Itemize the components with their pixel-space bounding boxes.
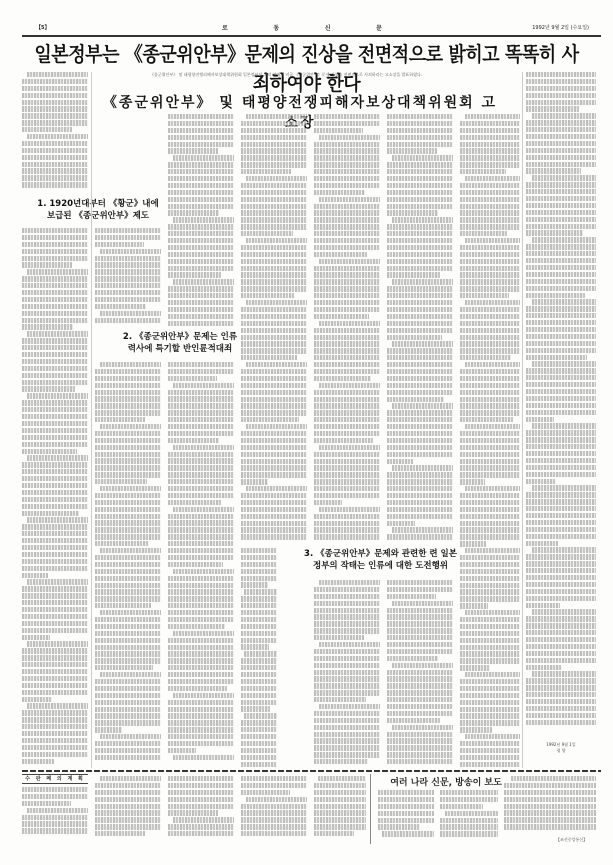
text-line xyxy=(387,472,453,477)
text-line xyxy=(241,741,277,746)
text-line xyxy=(22,79,88,84)
text-line xyxy=(241,259,307,264)
text-line xyxy=(440,797,498,802)
text-line xyxy=(526,258,596,263)
text-line xyxy=(22,676,88,681)
text-line xyxy=(387,759,453,764)
text-line xyxy=(22,593,88,598)
text-line xyxy=(526,224,596,229)
text-line xyxy=(387,176,453,181)
text-line xyxy=(314,286,380,291)
text-line xyxy=(387,507,453,512)
text-line xyxy=(387,459,413,464)
text-line xyxy=(168,479,234,484)
text-line xyxy=(168,707,234,712)
text-line xyxy=(460,383,520,388)
text-line xyxy=(241,706,270,711)
text-line xyxy=(392,527,453,532)
body-column xyxy=(22,228,88,768)
text-line xyxy=(95,562,161,567)
text-line xyxy=(526,410,596,415)
text-line xyxy=(387,114,453,119)
text-line xyxy=(387,266,453,271)
body-column xyxy=(22,72,88,194)
text-line xyxy=(241,245,307,250)
text-line xyxy=(526,430,596,435)
text-line xyxy=(95,603,151,608)
text-line xyxy=(526,720,596,725)
text-line xyxy=(460,155,520,160)
text-line xyxy=(168,797,234,802)
page-number: 【5】 xyxy=(36,24,49,31)
text-line xyxy=(22,586,88,591)
text-line xyxy=(460,686,520,691)
text-line xyxy=(241,266,307,271)
text-line xyxy=(465,424,520,429)
text-line xyxy=(460,651,520,656)
text-line xyxy=(241,438,307,443)
text-line xyxy=(460,314,520,319)
text-line xyxy=(526,630,596,635)
text-line xyxy=(504,817,596,822)
text-line xyxy=(168,804,234,809)
text-line xyxy=(387,521,415,526)
text-line xyxy=(168,114,234,119)
text-line xyxy=(168,713,234,718)
text-line xyxy=(95,534,161,539)
text-line xyxy=(95,403,161,408)
text-line xyxy=(22,359,88,364)
text-line xyxy=(526,465,596,470)
text-line xyxy=(95,720,161,725)
text-line xyxy=(314,534,380,539)
text-line xyxy=(387,608,453,613)
text-line xyxy=(22,428,88,433)
paper-name-char: 문 xyxy=(376,23,382,32)
text-line xyxy=(95,318,161,323)
text-line xyxy=(314,804,366,809)
text-line xyxy=(241,142,307,147)
text-line xyxy=(168,128,234,133)
text-line xyxy=(168,672,234,677)
text-line xyxy=(27,331,88,336)
text-line xyxy=(526,561,596,566)
text-line xyxy=(95,452,161,457)
text-line xyxy=(314,817,366,822)
text-line xyxy=(22,655,88,660)
text-line xyxy=(314,493,380,498)
text-line xyxy=(387,397,444,402)
text-line xyxy=(526,313,596,318)
section-title-line: 보급된 《종군위안부》제도 xyxy=(28,210,168,222)
text-line xyxy=(314,486,380,491)
text-line xyxy=(241,128,307,133)
text-line xyxy=(387,314,453,319)
text-line xyxy=(95,707,161,712)
text-line xyxy=(27,703,88,708)
text-line xyxy=(241,500,307,505)
text-line xyxy=(168,534,234,539)
text-line xyxy=(460,700,520,705)
text-line xyxy=(532,485,596,490)
text-line xyxy=(168,776,234,781)
text-line xyxy=(168,396,234,401)
news-credit: 【조선중앙통신】 xyxy=(556,837,587,843)
text-line xyxy=(387,500,453,505)
section-title-line: 정부의 작태는 인류에 대한 도전행위 xyxy=(283,560,478,572)
text-line xyxy=(27,269,88,274)
text-line xyxy=(526,134,596,139)
box-rule xyxy=(22,774,88,775)
text-line xyxy=(460,335,520,340)
text-line xyxy=(95,256,161,261)
text-line xyxy=(241,576,277,581)
text-line xyxy=(460,527,520,532)
text-line xyxy=(22,249,88,254)
text-line xyxy=(460,500,520,505)
text-line xyxy=(314,183,380,188)
text-line xyxy=(387,169,453,174)
text-line xyxy=(168,231,234,236)
text-line xyxy=(314,314,369,319)
text-line xyxy=(382,831,434,836)
text-line xyxy=(460,355,511,360)
text-line xyxy=(314,824,366,829)
text-line xyxy=(22,338,88,343)
text-line xyxy=(460,589,520,594)
text-line xyxy=(22,93,88,98)
text-line xyxy=(526,582,596,587)
text-line xyxy=(314,114,380,119)
text-line xyxy=(168,293,234,298)
text-line xyxy=(168,493,234,498)
text-line xyxy=(460,128,520,133)
text-line xyxy=(314,670,380,675)
text-line xyxy=(314,649,380,654)
bottom-news-title: 여러 나라 신문, 방송이 보도 xyxy=(376,775,516,788)
closing-place: 평 양 xyxy=(526,748,596,754)
text-line xyxy=(314,162,380,167)
text-line xyxy=(314,266,380,271)
text-line xyxy=(526,100,596,105)
text-line xyxy=(168,576,234,581)
text-line xyxy=(168,679,234,684)
text-line xyxy=(241,810,307,815)
text-line xyxy=(100,548,161,553)
text-line xyxy=(314,210,380,215)
text-line xyxy=(22,504,88,509)
text-line xyxy=(526,713,596,718)
text-line xyxy=(460,596,520,601)
text-line xyxy=(22,476,88,481)
text-line xyxy=(526,244,596,249)
text-line xyxy=(440,804,483,809)
text-line xyxy=(22,414,88,419)
text-line xyxy=(526,417,554,422)
text-line xyxy=(241,472,307,477)
text-line xyxy=(526,93,596,98)
text-line xyxy=(22,545,88,550)
text-line xyxy=(460,583,520,588)
text-line xyxy=(95,269,161,274)
text-line xyxy=(168,472,234,477)
text-line xyxy=(95,727,122,732)
text-line xyxy=(526,375,596,380)
text-line xyxy=(95,290,161,295)
body-column xyxy=(314,776,366,839)
text-line xyxy=(241,804,307,809)
text-line xyxy=(100,734,161,739)
text-line xyxy=(532,609,596,614)
text-line xyxy=(241,507,307,512)
text-line xyxy=(241,190,307,195)
text-line xyxy=(314,628,380,633)
text-line xyxy=(465,300,520,305)
text-line xyxy=(460,259,520,264)
text-line xyxy=(387,369,453,374)
text-line xyxy=(460,293,509,298)
text-line xyxy=(95,417,145,422)
text-line xyxy=(95,297,161,302)
text-line xyxy=(22,483,88,488)
text-line xyxy=(168,810,218,815)
body-column xyxy=(314,114,380,544)
text-line xyxy=(387,676,453,681)
text-line xyxy=(314,621,380,626)
text-line xyxy=(526,293,585,298)
text-line xyxy=(314,341,380,346)
text-line xyxy=(460,569,520,574)
text-line xyxy=(22,815,88,820)
text-line xyxy=(387,348,453,353)
body-column xyxy=(460,114,520,768)
text-line xyxy=(95,304,146,309)
text-line xyxy=(460,431,520,436)
text-line xyxy=(387,656,438,661)
text-line xyxy=(387,732,453,737)
text-line xyxy=(460,741,520,746)
text-line xyxy=(387,224,453,229)
text-line xyxy=(22,662,88,667)
text-line xyxy=(392,403,453,408)
text-line xyxy=(22,821,88,826)
text-line xyxy=(95,810,161,815)
text-line xyxy=(241,755,277,760)
text-line xyxy=(314,831,354,836)
text-line xyxy=(314,155,380,160)
text-line xyxy=(95,700,161,705)
text-line xyxy=(465,734,520,739)
text-line xyxy=(387,697,453,702)
text-line xyxy=(22,628,88,633)
text-line xyxy=(526,182,596,187)
text-line xyxy=(526,520,596,525)
text-line xyxy=(387,335,442,340)
text-line xyxy=(168,376,217,381)
text-line xyxy=(22,290,88,295)
text-line xyxy=(22,366,88,371)
text-line xyxy=(22,86,88,91)
body-column xyxy=(95,362,161,767)
text-line xyxy=(387,300,453,305)
text-line xyxy=(168,286,234,291)
text-line xyxy=(392,341,453,346)
text-line xyxy=(95,658,161,663)
text-line xyxy=(526,155,596,160)
text-line xyxy=(22,710,88,715)
text-line xyxy=(241,162,307,167)
text-line xyxy=(314,790,366,795)
text-line xyxy=(460,148,520,153)
body-column xyxy=(387,580,453,768)
text-line xyxy=(22,400,88,405)
text-line xyxy=(168,266,234,271)
text-line xyxy=(22,262,72,267)
text-line xyxy=(241,617,277,622)
text-line xyxy=(246,176,307,181)
body-column xyxy=(440,790,498,842)
text-line xyxy=(22,614,88,619)
text-line xyxy=(460,438,520,443)
text-line xyxy=(95,631,161,636)
text-line xyxy=(241,155,307,160)
text-line xyxy=(100,610,161,615)
text-line xyxy=(526,685,596,690)
text-line xyxy=(22,113,88,118)
text-line xyxy=(319,445,380,450)
text-line xyxy=(314,335,380,340)
body-column xyxy=(168,114,234,329)
text-line xyxy=(314,397,380,402)
text-line xyxy=(460,693,520,698)
text-line xyxy=(526,120,596,125)
text-line xyxy=(314,738,380,743)
text-line xyxy=(168,720,234,725)
text-line xyxy=(460,762,520,767)
text-line xyxy=(241,355,297,360)
text-line xyxy=(465,176,520,181)
text-line xyxy=(241,459,307,464)
text-line xyxy=(387,587,453,592)
text-line xyxy=(27,393,88,398)
text-line xyxy=(319,507,380,512)
text-line xyxy=(241,397,307,402)
text-line xyxy=(22,168,88,173)
body-column xyxy=(95,776,161,839)
text-line xyxy=(460,727,492,732)
text-line xyxy=(22,106,88,111)
text-line xyxy=(460,514,520,519)
text-line xyxy=(387,479,453,484)
text-line xyxy=(168,603,234,608)
text-line xyxy=(460,369,520,374)
text-line xyxy=(241,307,307,312)
text-line xyxy=(387,649,453,654)
text-line xyxy=(22,524,88,529)
text-line xyxy=(95,383,161,388)
text-line xyxy=(241,321,307,326)
text-line xyxy=(22,462,88,467)
text-line xyxy=(241,210,307,215)
text-line xyxy=(22,511,79,516)
text-line xyxy=(95,589,161,594)
text-line xyxy=(95,576,161,581)
text-line xyxy=(387,580,453,585)
text-line xyxy=(22,155,88,160)
section-heading-1: 1. 1920년대부터 《황군》내에 보급된 《종군위안부》제도 xyxy=(28,198,168,222)
text-line xyxy=(387,307,453,312)
text-line xyxy=(526,189,596,194)
text-line xyxy=(168,272,221,277)
text-line xyxy=(168,321,234,326)
text-line xyxy=(314,362,380,367)
body-column xyxy=(95,228,161,328)
text-line xyxy=(173,817,234,822)
text-line xyxy=(168,589,234,594)
text-line xyxy=(241,521,307,526)
paper-name-char: 동 xyxy=(273,23,279,32)
text-line xyxy=(95,500,161,505)
text-line xyxy=(314,732,380,737)
text-line xyxy=(460,142,520,147)
text-line xyxy=(22,256,88,261)
text-line xyxy=(460,204,520,209)
text-line xyxy=(526,603,560,608)
text-line xyxy=(440,790,498,795)
text-line xyxy=(532,361,596,366)
text-line xyxy=(95,520,161,525)
section-heading-3: 3. 《종군위안부》문제와 관련한 련 일본 정부의 작태는 인류에 대한 도전… xyxy=(283,548,478,572)
text-line xyxy=(95,783,161,788)
section-title-line: 력사에 특기할 반인륜적대죄 xyxy=(100,343,260,355)
text-line xyxy=(168,176,234,181)
text-line xyxy=(460,465,520,470)
text-line xyxy=(168,438,219,443)
text-line xyxy=(378,811,434,816)
text-line xyxy=(168,259,234,264)
text-line xyxy=(241,252,307,257)
text-line xyxy=(460,190,520,195)
text-line xyxy=(22,442,88,447)
text-line xyxy=(95,465,161,470)
text-line xyxy=(460,521,520,526)
text-line xyxy=(465,672,520,677)
text-line xyxy=(526,637,596,642)
text-line xyxy=(22,566,88,571)
text-line xyxy=(526,513,596,518)
text-line xyxy=(378,804,434,809)
text-line xyxy=(168,252,234,257)
text-line xyxy=(22,235,88,240)
text-line xyxy=(95,713,161,718)
text-line xyxy=(100,311,161,316)
text-line xyxy=(22,435,88,440)
text-line xyxy=(22,162,88,167)
text-line xyxy=(392,725,453,730)
text-line xyxy=(173,279,234,284)
text-line xyxy=(387,417,453,422)
text-line xyxy=(526,403,596,408)
text-line xyxy=(387,142,453,147)
text-line xyxy=(314,190,365,195)
text-line xyxy=(27,72,88,77)
text-line xyxy=(504,797,596,802)
main-headline: 일본정부는 《종군위안부》문제의 진상을 전면적으로 밝히고 똑똑히 사죄하여야… xyxy=(31,38,583,96)
text-line xyxy=(387,635,453,640)
text-line xyxy=(314,293,380,298)
text-line xyxy=(241,824,307,829)
text-line xyxy=(445,811,498,816)
